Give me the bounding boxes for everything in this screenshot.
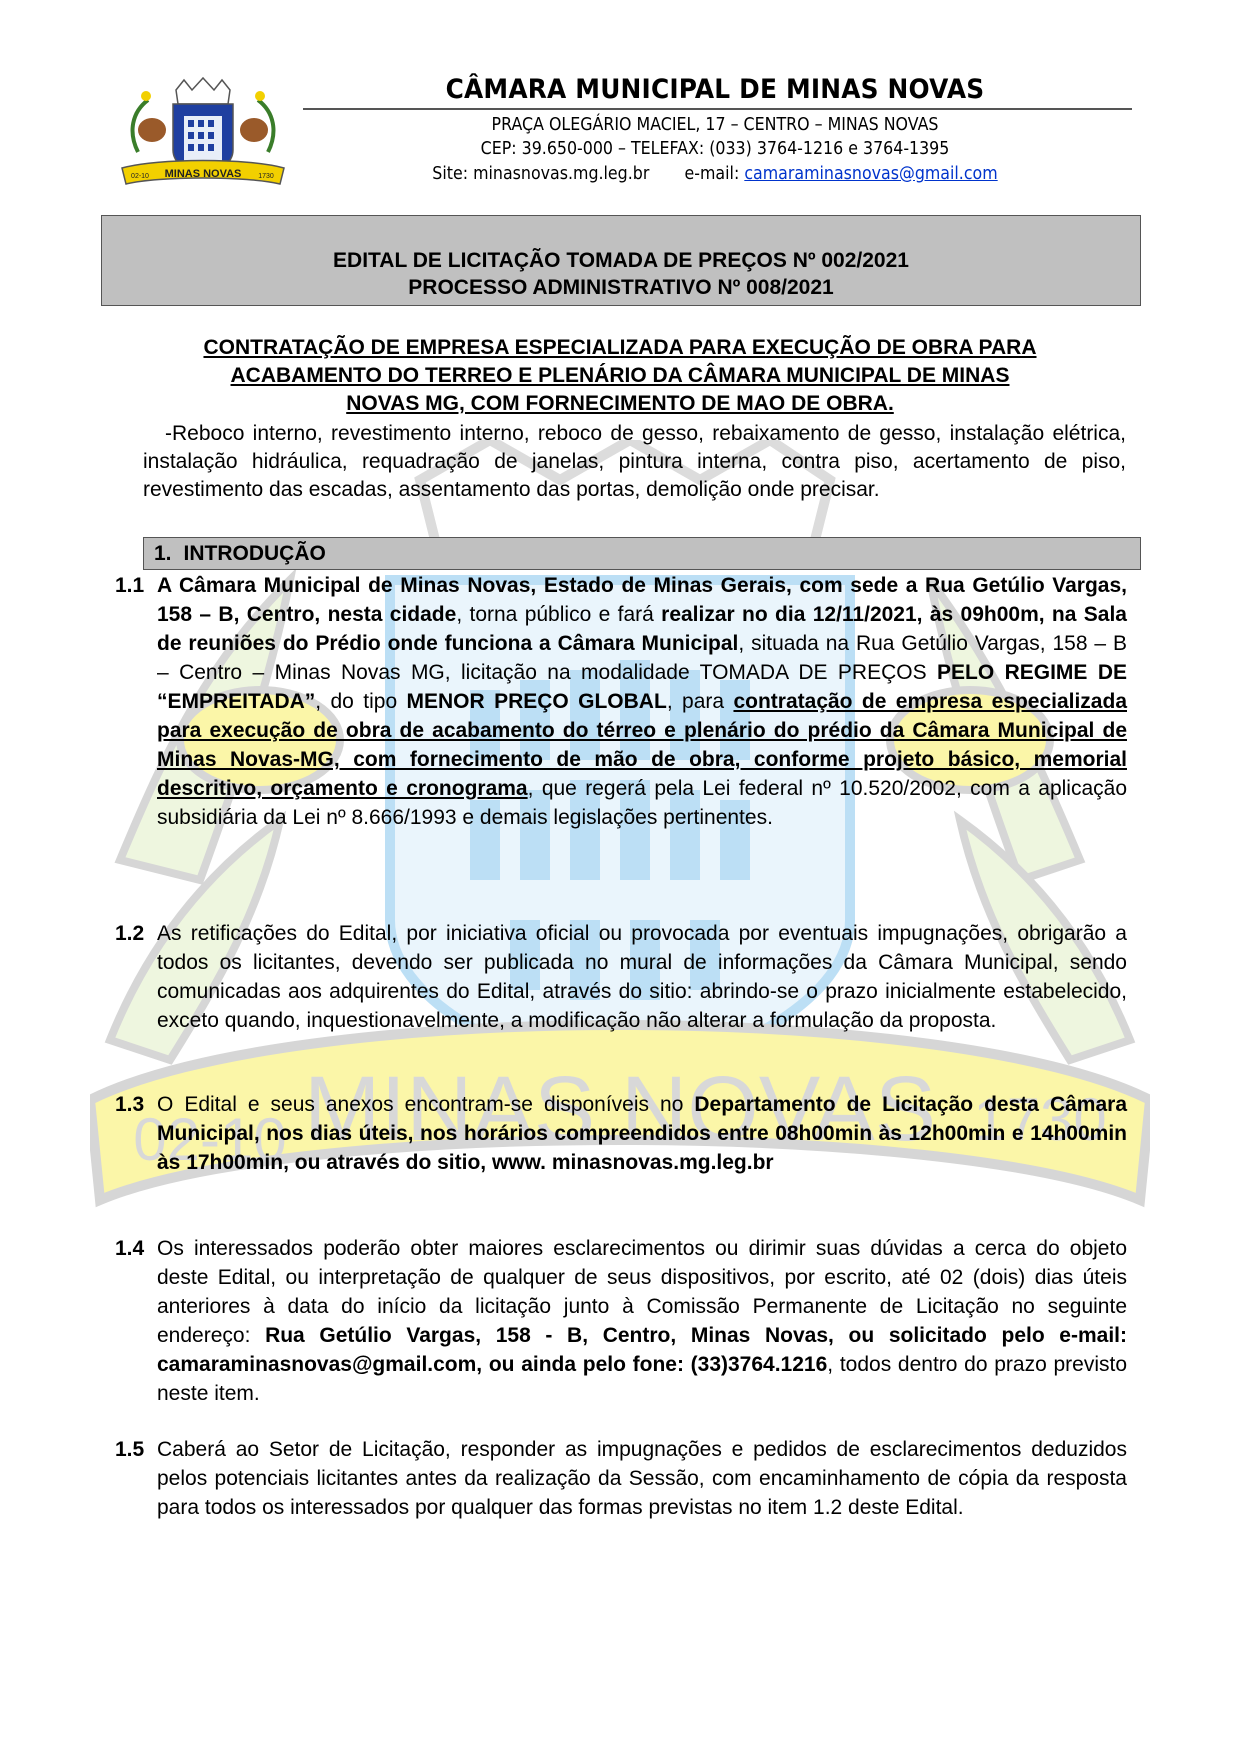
clause-1-4: 1.4 Os interessados poderão obter maiore…	[115, 1234, 1127, 1408]
subject-line-1: CONTRATAÇÃO DE EMPRESA ESPECIALIZADA PAR…	[203, 336, 1036, 359]
process-number: PROCESSO ADMINISTRATIVO Nº 008/2021	[102, 276, 1140, 300]
section-title: INTRODUÇÃO	[184, 542, 326, 565]
clause-text: A Câmara Municipal de Minas Novas, Estad…	[157, 571, 1127, 832]
document-title-box: EDITAL DE LICITAÇÃO TOMADA DE PREÇOS Nº …	[101, 215, 1141, 306]
clause-label: 1.4	[115, 1234, 144, 1263]
clause-label: 1.2	[115, 919, 144, 948]
site-email-line: Site: minasnovas.mg.leg.bre-mail: camara…	[350, 163, 1080, 184]
subject-line-3: NOVAS MG, COM FORNECIMENTO DE MAO DE OBR…	[346, 392, 894, 415]
header-divider	[303, 108, 1132, 110]
email-label: e-mail:	[685, 163, 745, 184]
clause-1-2: 1.2 As retificações do Edital, por inici…	[115, 919, 1127, 1035]
organization-name: CÂMARA MUNICIPAL DE MINAS NOVAS	[333, 74, 1097, 105]
contact-line: CEP: 39.650-000 – TELEFAX: (033) 3764-12…	[350, 138, 1080, 159]
clause-text: O Edital e seus anexos encontram-se disp…	[157, 1090, 1127, 1177]
address-line: PRAÇA OLEGÁRIO MACIEL, 17 – CENTRO – MIN…	[350, 114, 1080, 135]
subject-heading: CONTRATAÇÃO DE EMPRESA ESPECIALIZADA PAR…	[110, 334, 1130, 418]
letterhead: MINAS NOVAS 02-10 1730 CÂMARA MUNICIPAL …	[0, 0, 1241, 200]
section-number: 1.	[154, 542, 172, 565]
clause-label: 1.5	[115, 1435, 144, 1464]
svg-text:1730: 1730	[258, 173, 274, 180]
site-label: Site: minasnovas.mg.leg.br	[432, 163, 649, 184]
document-title: EDITAL DE LICITAÇÃO TOMADA DE PREÇOS Nº …	[102, 249, 1140, 273]
svg-text:02-10: 02-10	[131, 173, 149, 180]
clause-text: As retificações do Edital, por iniciativ…	[157, 919, 1127, 1035]
section-heading-introducao: 1.INTRODUÇÃO	[143, 537, 1141, 570]
email-link[interactable]: camaraminasnovas@gmail.com	[744, 163, 997, 184]
clause-label: 1.3	[115, 1090, 144, 1119]
clause-1-3: 1.3 O Edital e seus anexos encontram-se …	[115, 1090, 1127, 1177]
scope-description: -Reboco interno, revestimento interno, r…	[143, 420, 1126, 504]
clause-text: Os interessados poderão obter maiores es…	[157, 1234, 1127, 1408]
clause-text: Caberá ao Setor de Licitação, responder …	[157, 1435, 1127, 1522]
svg-text:MINAS NOVAS: MINAS NOVAS	[165, 168, 242, 180]
subject-line-2: ACABAMENTO DO TERREO E PLENÁRIO DA CÂMAR…	[231, 364, 1010, 387]
clause-label: 1.1	[115, 571, 144, 600]
clause-1-1: 1.1 A Câmara Municipal de Minas Novas, E…	[115, 571, 1127, 832]
clause-1-5: 1.5 Caberá ao Setor de Licitação, respon…	[115, 1435, 1127, 1522]
coat-of-arms-icon: MINAS NOVAS 02-10 1730	[118, 72, 288, 190]
